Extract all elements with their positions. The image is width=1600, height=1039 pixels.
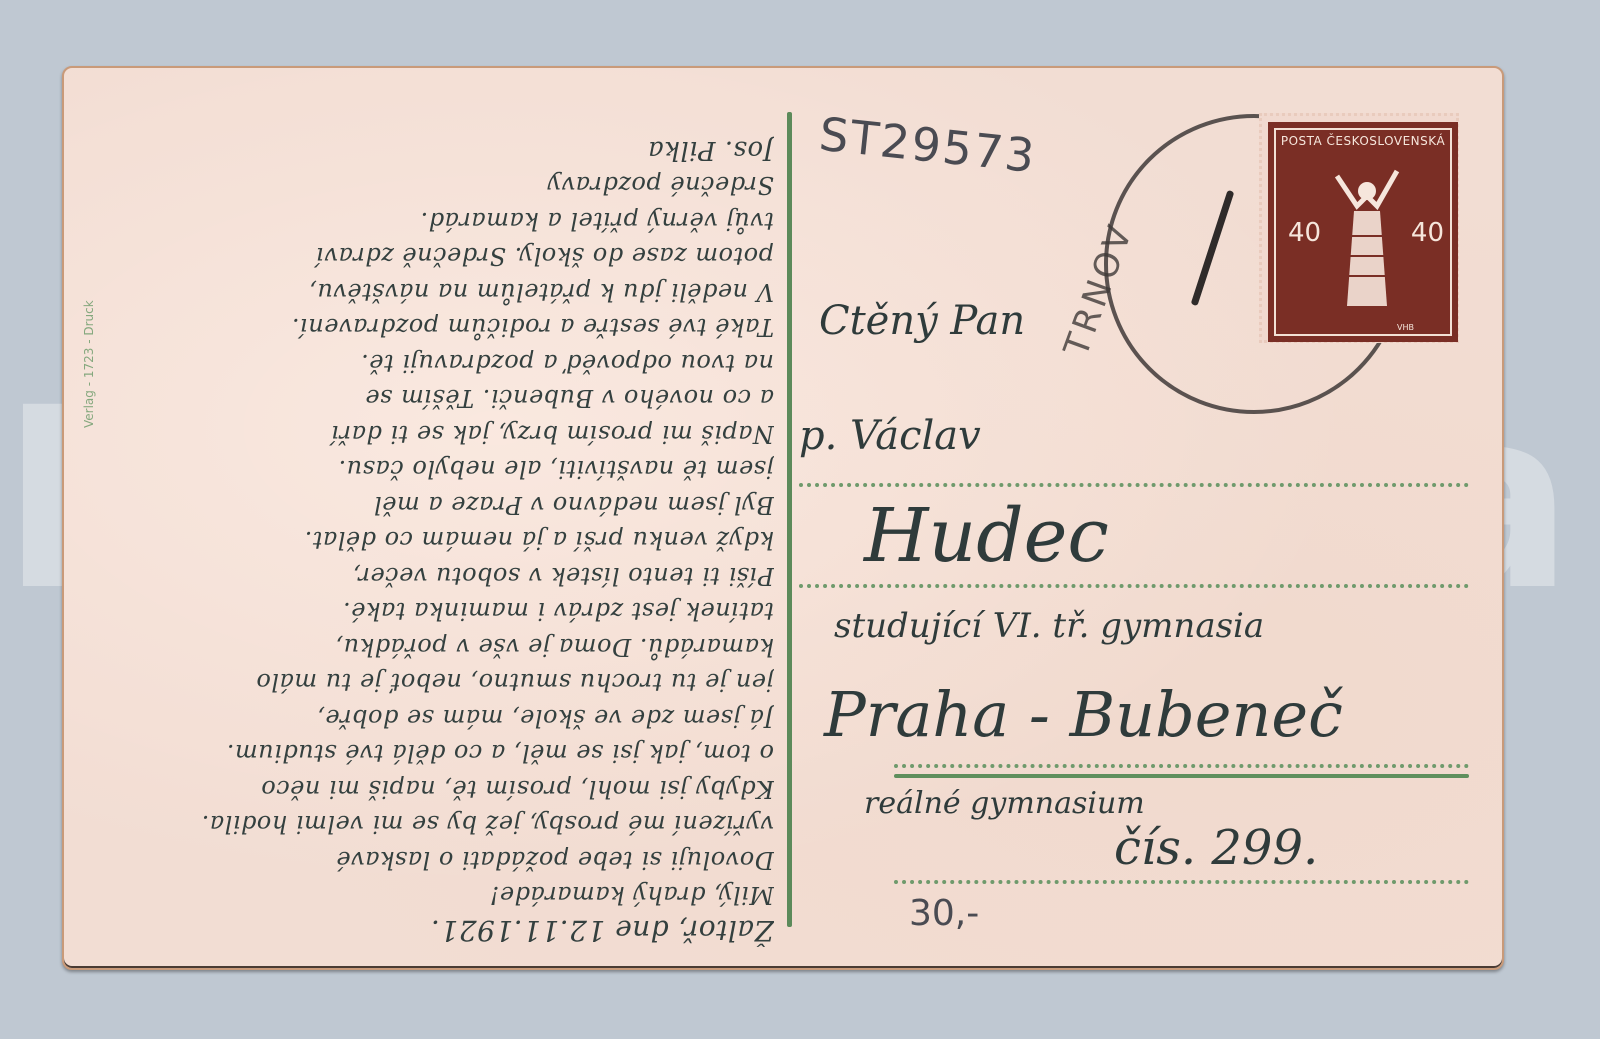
postcard-back: Žaltoř, dne 12.11.1921. Milý, drahý kama… bbox=[62, 66, 1504, 970]
message-line: potom zase do školy. Srdečně zdraví bbox=[84, 238, 774, 274]
price-note: 30,- bbox=[909, 893, 979, 934]
message-line: jsem tě navštíviti, ale nebylo času. bbox=[84, 451, 774, 487]
address-line-1 bbox=[799, 483, 1469, 487]
stamp-country: POSTA ČESKOSLOVENSKÁ bbox=[1272, 134, 1454, 148]
message-line: když venku prší a já nemám co dělat. bbox=[84, 522, 774, 558]
address-school: studující VI. tř. gymnasia bbox=[834, 606, 1264, 646]
message-greeting: Milý, drahý kamaráde! bbox=[84, 877, 774, 913]
message-line: Byl jsem nedávno v Praze a měl bbox=[84, 487, 774, 523]
message-line: Já jsem zde ve škole, mám se dobře, bbox=[84, 700, 774, 736]
message-line: Napiš mi prosím brzy, jak se ti daří bbox=[84, 416, 774, 452]
stamp-value-right: 40 bbox=[1411, 218, 1444, 248]
message-closing: Srdečné pozdravy bbox=[84, 167, 774, 203]
address-line-3 bbox=[894, 764, 1469, 768]
message-date: Žaltoř, dne 12.11.1921. bbox=[84, 913, 774, 949]
message-line: Píši ti tento lístek v sobotu večer, bbox=[84, 558, 774, 594]
message-line: a co nového v Bubenči. Těším se bbox=[84, 380, 774, 416]
message-line: jen je tu trochu smutno, neboť je tu mál… bbox=[84, 664, 774, 700]
address-line-4 bbox=[894, 880, 1469, 884]
address-street: reálné gymnasium bbox=[864, 786, 1145, 821]
stamp-figure-icon bbox=[1332, 156, 1402, 316]
message-line: o tom, jak jsi se měl, a co dělá tvé stu… bbox=[84, 735, 774, 771]
message-line: Kdyby jsi mohl, prosím tě, napiš mi něco bbox=[84, 771, 774, 807]
message-line: na tvou odpověď a pozdravuji tě. bbox=[84, 345, 774, 381]
inventory-code: ST29573 bbox=[817, 107, 1039, 183]
message-body: Dovoluji si tebe požádati o laskavévyříz… bbox=[84, 203, 774, 878]
message-signature: Jos. Pilka bbox=[84, 132, 774, 168]
message-text-upside-down: Žaltoř, dne 12.11.1921. Milý, drahý kama… bbox=[84, 88, 774, 948]
stamp-value-left: 40 bbox=[1288, 218, 1321, 248]
message-line: tvůj věrný přítel a kamarád. bbox=[84, 203, 774, 239]
message-line: V neděli jdu k přátelům na návštěvu, bbox=[84, 274, 774, 310]
message-line: kamarádů. Doma je vše v pořádku, bbox=[84, 629, 774, 665]
stamp-designer: VHB bbox=[1397, 323, 1414, 332]
address-title: p. Václav bbox=[799, 413, 981, 459]
publisher-imprint: Verlag - 1723 - Druck bbox=[82, 300, 96, 428]
postage-stamp: POSTA ČESKOSLOVENSKÁ 40 40 VHB bbox=[1259, 113, 1459, 343]
center-divider bbox=[787, 112, 792, 927]
address-name: Hudec bbox=[864, 493, 1109, 579]
address-salutation: Ctěný Pan bbox=[819, 298, 1025, 344]
message-line: vyřízení mé prosby, jež by se mi velmi h… bbox=[84, 806, 774, 842]
message-line: Také tvé sestře a rodičům pozdravení. bbox=[84, 309, 774, 345]
address-city: Praha - Bubeneč bbox=[824, 678, 1343, 751]
address-line-2 bbox=[799, 584, 1469, 588]
address-number: čís. 299. bbox=[1114, 820, 1318, 876]
address-underline bbox=[894, 774, 1469, 778]
message-line: Dovoluji si tebe požádati o laskavé bbox=[84, 842, 774, 878]
message-line: tatínek jest zdráv i maminka také. bbox=[84, 593, 774, 629]
